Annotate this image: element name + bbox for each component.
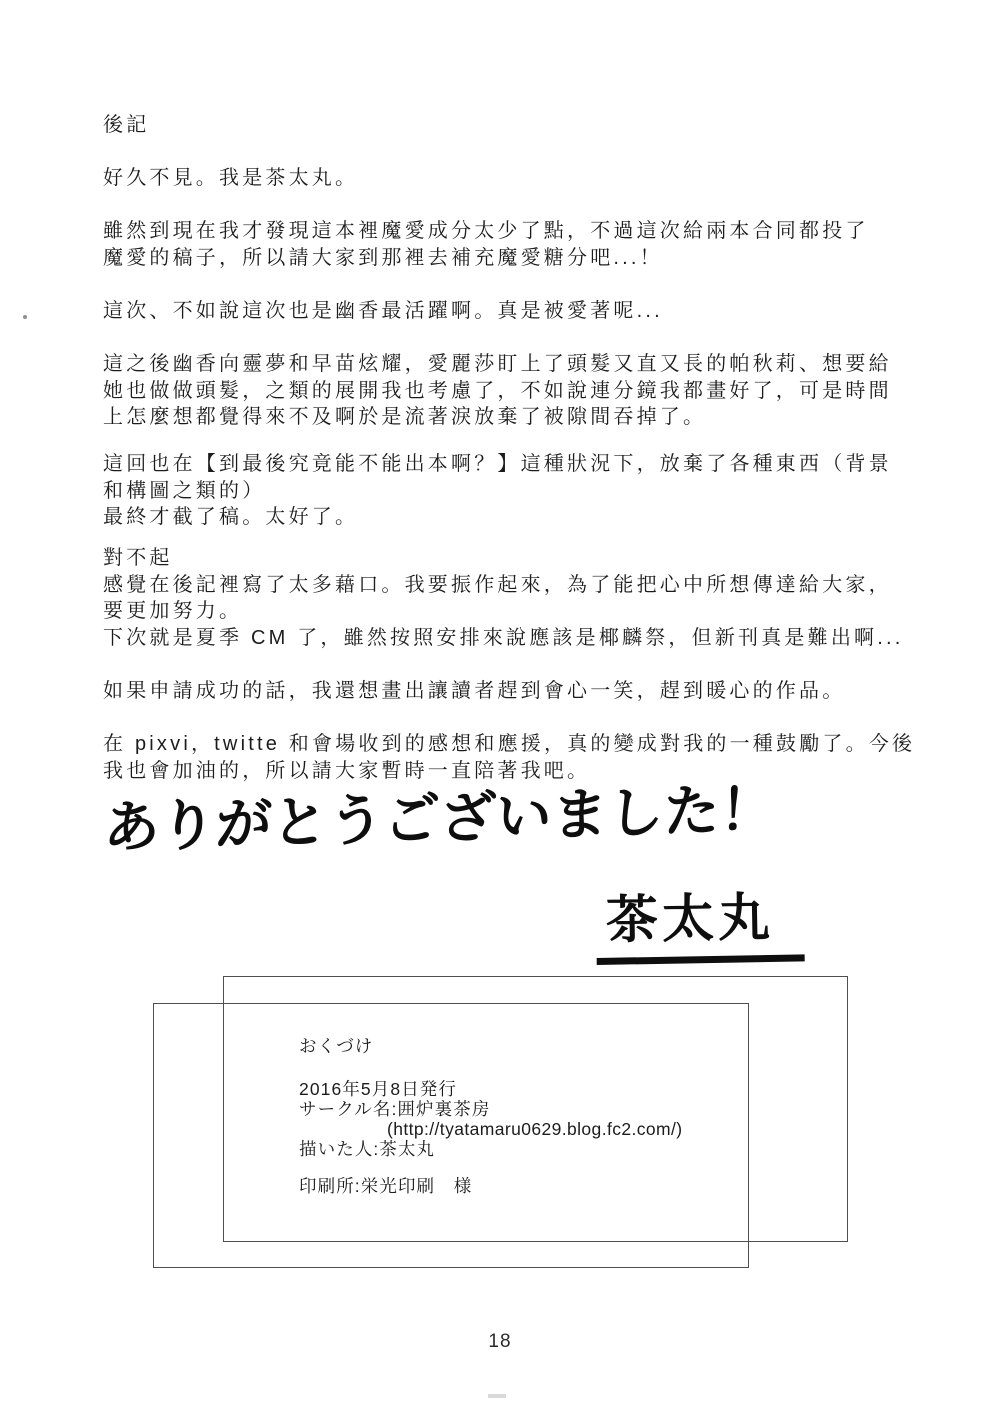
afterword-line: 如果申請成功的話，我還想畫出讓讀者趕到會心一笑，趕到暖心的作品。 [103, 678, 845, 705]
colophon-title: おくづけ [299, 1036, 373, 1056]
colophon-artist: 描いた人:茶太丸 [299, 1139, 435, 1159]
afterword-line: 和構圖之類的） [103, 478, 892, 505]
afterword-paragraph: 對不起 感覺在後記裡寫了太多藉口。我要振作起來，為了能把心中所想傳達給大家， 要… [103, 545, 904, 652]
afterword-paragraph: 這回也在【到最後究竟能不能出本啊？】這種狀況下，放棄了各種東西（背景 和構圖之類… [103, 451, 892, 531]
scanned-afterword-page: 後記 好久不見。我是茶太丸。 雖然到現在我才發現這本裡魔愛成分太少了點，不過這次… [0, 0, 1000, 1412]
afterword-paragraph: 雖然到現在我才發現這本裡魔愛成分太少了點，不過這次給兩本合同都投了 魔愛的稿子，… [103, 218, 869, 271]
afterword-line: 這之後幽香向靈夢和早苗炫耀，愛麗莎盯上了頭髮又直又長的帕秋莉、想要給 [103, 351, 892, 378]
scan-speck [23, 315, 27, 319]
afterword-line: 魔愛的稿子，所以請大家到那裡去補充魔愛糖分吧...！ [103, 245, 869, 272]
afterword-title: 後記 [103, 112, 149, 139]
afterword-line: 對不起 [103, 545, 904, 572]
afterword-paragraph: 如果申請成功的話，我還想畫出讓讀者趕到會心一笑，趕到暖心的作品。 [103, 678, 845, 705]
afterword-line: 下次就是夏季 CM 了，雖然按照安排來說應該是椰麟祭，但新刊真是難出啊... [103, 625, 904, 652]
afterword-line: 雖然到現在我才發現這本裡魔愛成分太少了點，不過這次給兩本合同都投了 [103, 218, 869, 245]
handwritten-signature: 茶太丸 [595, 874, 805, 965]
afterword-paragraph: 後記 [103, 112, 149, 139]
colophon-date: 2016年5月8日発行 [299, 1079, 457, 1099]
afterword-paragraph: 這之後幽香向靈夢和早苗炫耀，愛麗莎盯上了頭髮又直又長的帕秋莉、想要給 她也做做頭… [103, 351, 892, 431]
afterword-line: 好久不見。我是茶太丸。 [103, 165, 358, 192]
page-number: 18 [0, 1331, 1000, 1353]
scan-speck [488, 1394, 506, 1398]
afterword-paragraph: 這次、不如說這次也是幽香最活躍啊。真是被愛著呢... [103, 298, 663, 325]
colophon-circle-name: サークル名:囲炉裏茶房 [299, 1099, 490, 1119]
afterword-line: 這次、不如說這次也是幽香最活躍啊。真是被愛著呢... [103, 298, 663, 325]
afterword-line: 她也做做頭髮，之類的展開我也考慮了，不如說連分鏡我都畫好了，可是時間 [103, 378, 892, 405]
afterword-line: 最終才截了稿。太好了。 [103, 504, 892, 531]
afterword-line: 要更加努力。 [103, 598, 904, 625]
afterword-line: 上怎麼想都覺得來不及啊於是流著淚放棄了被隙間吞掉了。 [103, 404, 892, 431]
colophon-printer: 印刷所:栄光印刷 様 [299, 1176, 472, 1196]
afterword-paragraph: 好久不見。我是茶太丸。 [103, 165, 358, 192]
afterword-line: 這回也在【到最後究竟能不能出本啊？】這種狀況下，放棄了各種東西（背景 [103, 451, 892, 478]
afterword-line: 在 pixvi，twitte 和會場收到的感想和應援，真的變成對我的一種鼓勵了。… [103, 731, 915, 758]
afterword-line: 感覺在後記裡寫了太多藉口。我要振作起來，為了能把心中所想傳達給大家， [103, 572, 904, 599]
colophon-blog-url: (http://tyatamaru0629.blog.fc2.com/) [387, 1119, 683, 1139]
